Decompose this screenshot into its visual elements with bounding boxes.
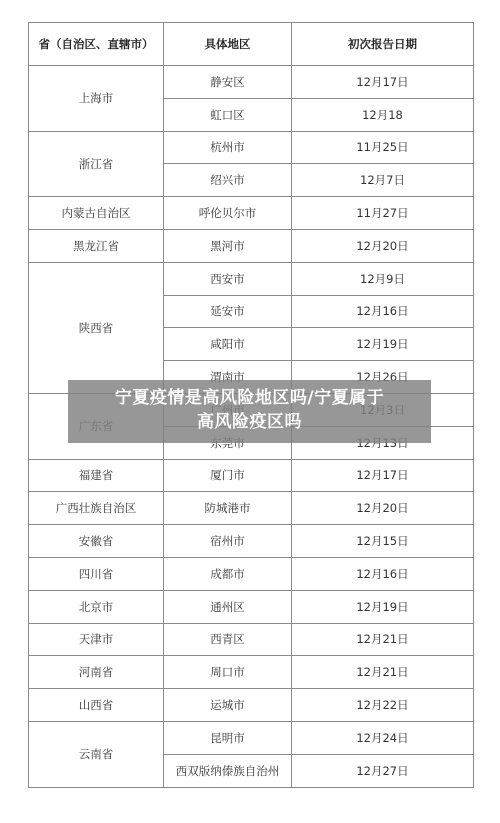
area-cell: 宿州市 (164, 525, 292, 558)
area-cell: 昆明市 (164, 721, 292, 754)
area-cell: 呼伦贝尔市 (164, 197, 292, 230)
area-cell: 杭州市 (164, 131, 292, 164)
table-header-row: 省（自治区、直辖市） 具体地区 初次报告日期 (29, 23, 474, 66)
date-cell: 12月19日 (292, 328, 474, 361)
area-cell: 厦门市 (164, 459, 292, 492)
province-cell: 河南省 (29, 656, 164, 689)
date-cell: 12月18 (292, 98, 474, 131)
area-cell: 成都市 (164, 557, 292, 590)
date-cell: 12月22日 (292, 689, 474, 722)
area-cell: 运城市 (164, 689, 292, 722)
table-row: 河南省周口市12月21日 (29, 656, 474, 689)
date-cell: 12月16日 (292, 295, 474, 328)
date-cell: 12月17日 (292, 459, 474, 492)
province-cell: 浙江省 (29, 131, 164, 197)
date-cell: 12月21日 (292, 656, 474, 689)
date-cell: 12月24日 (292, 721, 474, 754)
area-cell: 延安市 (164, 295, 292, 328)
table-row: 陕西省西安市12月9日 (29, 262, 474, 295)
table-row: 北京市通州区12月19日 (29, 590, 474, 623)
area-cell: 西青区 (164, 623, 292, 656)
date-cell: 12月21日 (292, 623, 474, 656)
province-cell: 四川省 (29, 557, 164, 590)
area-cell: 咸阳市 (164, 328, 292, 361)
date-cell: 12月20日 (292, 492, 474, 525)
header-date: 初次报告日期 (292, 23, 474, 66)
overlay-title-line-2: 高风险疫区吗 (68, 410, 431, 434)
area-cell: 西安市 (164, 262, 292, 295)
area-cell: 黑河市 (164, 229, 292, 262)
table-row: 内蒙古自治区呼伦贝尔市11月27日 (29, 197, 474, 230)
province-cell: 陕西省 (29, 262, 164, 393)
header-area: 具体地区 (164, 23, 292, 66)
area-cell: 绍兴市 (164, 164, 292, 197)
area-cell: 周口市 (164, 656, 292, 689)
area-cell: 静安区 (164, 66, 292, 99)
province-cell: 广西壮族自治区 (29, 492, 164, 525)
date-cell: 12月17日 (292, 66, 474, 99)
province-cell: 云南省 (29, 721, 164, 787)
date-cell: 12月7日 (292, 164, 474, 197)
table-row: 上海市静安区12月17日 (29, 66, 474, 99)
table-row: 浙江省杭州市11月25日 (29, 131, 474, 164)
area-cell: 防城港市 (164, 492, 292, 525)
table-row: 广西壮族自治区防城港市12月20日 (29, 492, 474, 525)
province-cell: 内蒙古自治区 (29, 197, 164, 230)
area-cell: 西双版纳傣族自治州 (164, 754, 292, 787)
province-cell: 上海市 (29, 66, 164, 132)
province-cell: 黑龙江省 (29, 229, 164, 262)
area-cell: 虹口区 (164, 98, 292, 131)
date-cell: 11月25日 (292, 131, 474, 164)
province-cell: 天津市 (29, 623, 164, 656)
header-province: 省（自治区、直辖市） (29, 23, 164, 66)
date-cell: 12月20日 (292, 229, 474, 262)
date-cell: 11月27日 (292, 197, 474, 230)
date-cell: 12月16日 (292, 557, 474, 590)
table-row: 山西省运城市12月22日 (29, 689, 474, 722)
date-cell: 12月9日 (292, 262, 474, 295)
table-row: 天津市西青区12月21日 (29, 623, 474, 656)
table-row: 四川省成都市12月16日 (29, 557, 474, 590)
table-row: 云南省昆明市12月24日 (29, 721, 474, 754)
province-cell: 山西省 (29, 689, 164, 722)
table-row: 福建省厦门市12月17日 (29, 459, 474, 492)
province-cell: 安徽省 (29, 525, 164, 558)
date-cell: 12月19日 (292, 590, 474, 623)
area-cell: 通州区 (164, 590, 292, 623)
date-cell: 12月27日 (292, 754, 474, 787)
table-row: 安徽省宿州市12月15日 (29, 525, 474, 558)
overlay-title-line-1: 宁夏疫情是高风险地区吗/宁夏属于 (68, 386, 431, 410)
title-overlay-banner: 宁夏疫情是高风险地区吗/宁夏属于 高风险疫区吗 (68, 380, 431, 443)
date-cell: 12月15日 (292, 525, 474, 558)
table-row: 黑龙江省黑河市12月20日 (29, 229, 474, 262)
province-cell: 福建省 (29, 459, 164, 492)
province-cell: 北京市 (29, 590, 164, 623)
